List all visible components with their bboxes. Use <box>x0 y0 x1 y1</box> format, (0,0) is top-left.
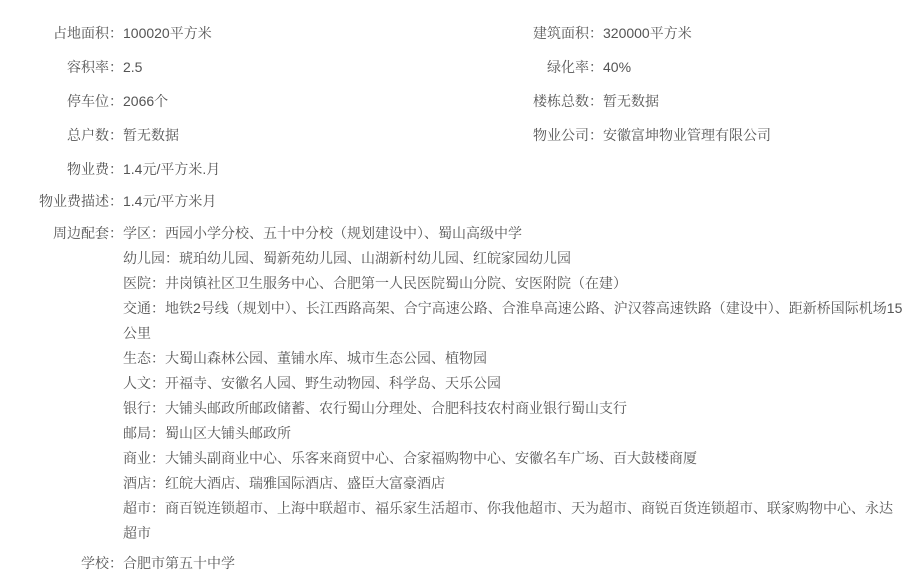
fact-label: 容积率： <box>0 57 123 77</box>
fact-row-property-company: 物业公司： 安徽富坤物业管理有限公司 <box>480 118 905 152</box>
fact-value: 合肥市第五十中学 <box>123 553 235 573</box>
fact-label: 物业费： <box>0 159 123 179</box>
fact-value: 320000平方米 <box>603 23 692 43</box>
fact-value: 1.4元/平方米月 <box>123 191 216 211</box>
fact-row-greening-rate: 绿化率： 40% <box>480 50 905 84</box>
fact-row-property-fee: 物业费： 1.4元/平方米.月 <box>0 152 480 186</box>
fact-value: 1.4元/平方米.月 <box>123 159 220 179</box>
fact-value: 暂无数据 <box>603 91 659 111</box>
fact-row-fee-description: 物业费描述： 1.4元/平方米月 <box>0 186 905 216</box>
fact-label: 建筑面积： <box>480 23 603 43</box>
surroundings-line-ecology: 生态：大蜀山森林公园、董铺水库、城市生态公园、植物园 <box>123 346 905 371</box>
surroundings-line-hospitals: 医院：井岗镇社区卫生服务中心、合肥第一人民医院蜀山分院、安医附院（在建） <box>123 271 905 296</box>
surroundings-line-banks: 银行：大铺头邮政所邮政储蓄、农行蜀山分理处、合肥科技农村商业银行蜀山支行 <box>123 396 905 421</box>
fact-value: 40% <box>603 59 631 75</box>
surroundings-line-transport: 交通：地铁2号线（规划中）、长江西路高架、合宁高速公路、合淮阜高速公路、沪汉蓉高… <box>123 296 905 346</box>
fact-row-school: 学校： 合肥市第五十中学 <box>0 550 905 574</box>
fact-label: 物业公司： <box>480 125 603 145</box>
surroundings-line-commerce: 商业：大铺头副商业中心、乐客来商贸中心、合家福购物中心、安徽名车广场、百大鼓楼商… <box>123 446 905 471</box>
fact-label: 楼栋总数： <box>480 91 603 111</box>
fact-value: 安徽富坤物业管理有限公司 <box>603 125 771 145</box>
fact-label: 占地面积： <box>0 23 123 43</box>
fact-value: 2066个 <box>123 91 168 111</box>
fact-row-building-count: 楼栋总数： 暂无数据 <box>480 84 905 118</box>
facts-column-left: 占地面积： 100020平方米 容积率： 2.5 停车位： 2066个 总户数：… <box>0 16 480 186</box>
surroundings-line-supermarkets: 超市：商百锐连锁超市、上海中联超市、福乐家生活超市、你我他超市、天为超市、商锐百… <box>123 496 905 546</box>
facts-grid: 占地面积： 100020平方米 容积率： 2.5 停车位： 2066个 总户数：… <box>0 0 905 186</box>
surroundings-line-kindergartens: 幼儿园：琥珀幼儿园、蜀新苑幼儿园、山湖新村幼儿园、红皖家园幼儿园 <box>123 246 905 271</box>
fact-row-building-area: 建筑面积： 320000平方米 <box>480 16 905 50</box>
fact-row-households: 总户数： 暂无数据 <box>0 118 480 152</box>
fact-label: 学校： <box>0 553 123 573</box>
surroundings-line-post-office: 邮局：蜀山区大铺头邮政所 <box>123 421 905 446</box>
property-details-section: 占地面积： 100020平方米 容积率： 2.5 停车位： 2066个 总户数：… <box>0 0 917 574</box>
fact-label: 物业费描述： <box>0 191 123 211</box>
fact-value: 暂无数据 <box>123 125 179 145</box>
surroundings-lines: 学区：西园小学分校、五十中分校（规划建设中）、蜀山高级中学 幼儿园：琥珀幼儿园、… <box>123 221 905 546</box>
surroundings-line-hotels: 酒店：红皖大酒店、瑞雅国际酒店、盛臣大富豪酒店 <box>123 471 905 496</box>
fact-row-plot-ratio: 容积率： 2.5 <box>0 50 480 84</box>
surroundings-block: 周边配套： 学区：西园小学分校、五十中分校（规划建设中）、蜀山高级中学 幼儿园：… <box>0 221 905 546</box>
fact-value: 100020平方米 <box>123 23 212 43</box>
surroundings-line-schools-district: 学区：西园小学分校、五十中分校（规划建设中）、蜀山高级中学 <box>123 221 905 246</box>
surroundings-label: 周边配套： <box>0 221 123 546</box>
fact-value: 2.5 <box>123 59 142 75</box>
fact-row-parking: 停车位： 2066个 <box>0 84 480 118</box>
fact-row-land-area: 占地面积： 100020平方米 <box>0 16 480 50</box>
fact-label: 绿化率： <box>480 57 603 77</box>
fact-label: 总户数： <box>0 125 123 145</box>
fact-label: 停车位： <box>0 91 123 111</box>
surroundings-line-culture: 人文：开福寺、安徽名人园、野生动物园、科学岛、天乐公园 <box>123 371 905 396</box>
facts-column-right: 建筑面积： 320000平方米 绿化率： 40% 楼栋总数： 暂无数据 物业公司… <box>480 16 905 186</box>
